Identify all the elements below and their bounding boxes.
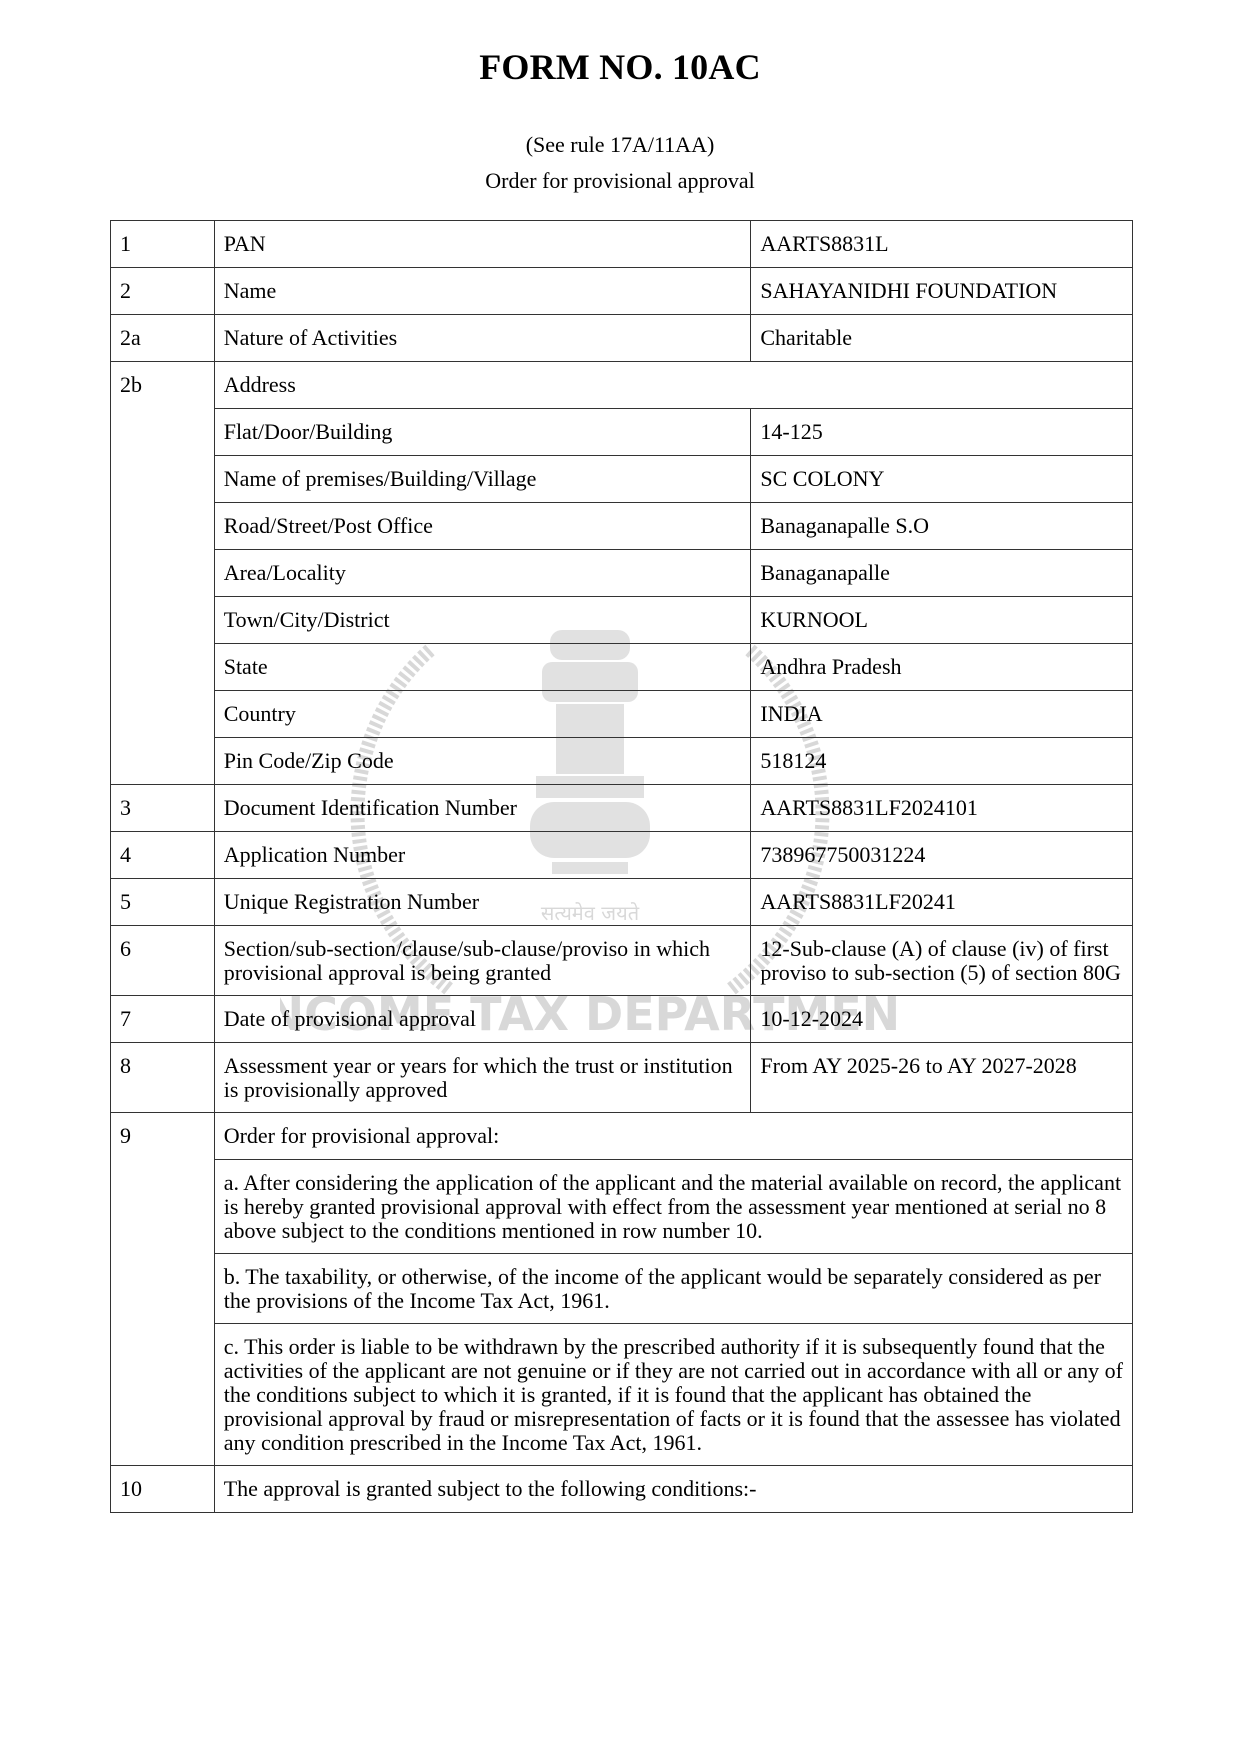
table-row-conditions: 10 The approval is granted subject to th… <box>111 1466 1133 1513</box>
field-label: Document Identification Number <box>214 785 751 832</box>
table-row-address: 2b Address <box>111 362 1133 409</box>
order-paragraph-row: c. This order is liable to be withdrawn … <box>111 1324 1133 1466</box>
approval-date-value: 10-12-2024 <box>751 996 1133 1043</box>
order-paragraph-c: c. This order is liable to be withdrawn … <box>214 1324 1132 1466</box>
row-number: 10 <box>111 1466 215 1513</box>
form-subtitle: Order for provisional approval <box>0 168 1240 194</box>
address-field-value: KURNOOL <box>751 597 1133 644</box>
row-number: 6 <box>111 926 215 996</box>
address-row: Area/Locality Banaganapalle <box>111 550 1133 597</box>
table-row-nature: 2a Nature of Activities Charitable <box>111 315 1133 362</box>
field-label: Nature of Activities <box>214 315 751 362</box>
table-row-order: 9 Order for provisional approval: <box>111 1113 1133 1160</box>
address-field-value: Andhra Pradesh <box>751 644 1133 691</box>
address-field-label: Road/Street/Post Office <box>214 503 751 550</box>
order-paragraph-row: b. The taxability, or otherwise, of the … <box>111 1254 1133 1324</box>
address-row: Pin Code/Zip Code 518124 <box>111 738 1133 785</box>
nature-value: Charitable <box>751 315 1133 362</box>
address-field-value: 14-125 <box>751 409 1133 456</box>
address-field-label: Area/Locality <box>214 550 751 597</box>
row-number: 2 <box>111 268 215 315</box>
application-number-value: 738967750031224 <box>751 832 1133 879</box>
assessment-years-value: From AY 2025-26 to AY 2027-2028 <box>751 1043 1133 1113</box>
field-label: Application Number <box>214 832 751 879</box>
address-field-label: Pin Code/Zip Code <box>214 738 751 785</box>
row-number: 1 <box>111 221 215 268</box>
field-label: Unique Registration Number <box>214 879 751 926</box>
row-number: 7 <box>111 996 215 1043</box>
field-label: The approval is granted subject to the f… <box>214 1466 1132 1513</box>
field-label: Order for provisional approval: <box>214 1113 1132 1160</box>
form-title: FORM NO. 10AC <box>0 46 1240 88</box>
address-field-value: Banaganapalle S.O <box>751 503 1133 550</box>
address-row: Road/Street/Post Office Banaganapalle S.… <box>111 503 1133 550</box>
row-number: 2a <box>111 315 215 362</box>
form-table: 1 PAN AARTS8831L 2 Name SAHAYANIDHI FOUN… <box>110 220 1133 1513</box>
table-row-date: 7 Date of provisional approval 10-12-202… <box>111 996 1133 1043</box>
address-row: Flat/Door/Building 14-125 <box>111 409 1133 456</box>
table-row-pan: 1 PAN AARTS8831L <box>111 221 1133 268</box>
table-row-section: 6 Section/sub-section/clause/sub-clause/… <box>111 926 1133 996</box>
address-row: State Andhra Pradesh <box>111 644 1133 691</box>
row-number: 9 <box>111 1113 215 1466</box>
field-label: Name <box>214 268 751 315</box>
row-number: 3 <box>111 785 215 832</box>
section-value: 12-Sub-clause (A) of clause (iv) of firs… <box>751 926 1133 996</box>
table-row-application: 4 Application Number 738967750031224 <box>111 832 1133 879</box>
address-row: Town/City/District KURNOOL <box>111 597 1133 644</box>
address-field-label: State <box>214 644 751 691</box>
address-field-label: Name of premises/Building/Village <box>214 456 751 503</box>
urn-value: AARTS8831LF20241 <box>751 879 1133 926</box>
order-paragraph-b: b. The taxability, or otherwise, of the … <box>214 1254 1132 1324</box>
order-paragraph-a: a. After considering the application of … <box>214 1160 1132 1254</box>
table-row-urn: 5 Unique Registration Number AARTS8831LF… <box>111 879 1133 926</box>
address-field-label: Flat/Door/Building <box>214 409 751 456</box>
table-row-din: 3 Document Identification Number AARTS88… <box>111 785 1133 832</box>
address-field-label: Country <box>214 691 751 738</box>
field-label: Section/sub-section/clause/sub-clause/pr… <box>214 926 751 996</box>
address-field-value: Banaganapalle <box>751 550 1133 597</box>
pan-value: AARTS8831L <box>751 221 1133 268</box>
field-label: Date of provisional approval <box>214 996 751 1043</box>
field-label: Address <box>214 362 1132 409</box>
field-label: PAN <box>214 221 751 268</box>
rule-reference: (See rule 17A/11AA) <box>0 132 1240 158</box>
table-row-assessment: 8 Assessment year or years for which the… <box>111 1043 1133 1113</box>
row-number: 2b <box>111 362 215 785</box>
name-value: SAHAYANIDHI FOUNDATION <box>751 268 1133 315</box>
address-field-value: INDIA <box>751 691 1133 738</box>
address-row: Name of premises/Building/Village SC COL… <box>111 456 1133 503</box>
row-number: 5 <box>111 879 215 926</box>
order-paragraph-row: a. After considering the application of … <box>111 1160 1133 1254</box>
row-number: 4 <box>111 832 215 879</box>
address-row: Country INDIA <box>111 691 1133 738</box>
row-number: 8 <box>111 1043 215 1113</box>
address-field-value: 518124 <box>751 738 1133 785</box>
table-row-name: 2 Name SAHAYANIDHI FOUNDATION <box>111 268 1133 315</box>
address-field-value: SC COLONY <box>751 456 1133 503</box>
address-field-label: Town/City/District <box>214 597 751 644</box>
field-label: Assessment year or years for which the t… <box>214 1043 751 1113</box>
din-value: AARTS8831LF2024101 <box>751 785 1133 832</box>
